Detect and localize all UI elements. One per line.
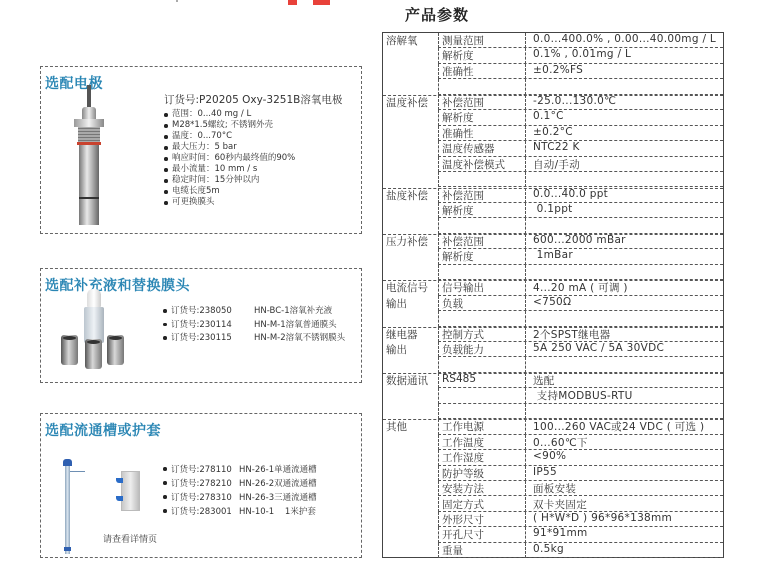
param-value: [525, 172, 533, 187]
electrode-image: [71, 85, 107, 227]
param-value: ±0.2%FS: [525, 64, 583, 79]
param-row: 温度补偿模式自动/手动: [383, 157, 723, 172]
param-key: 工作电源: [438, 419, 525, 434]
param-key: 准确性: [438, 126, 525, 141]
param-group: 温度补偿: [386, 95, 428, 110]
decor-red-mark: [288, 0, 297, 5]
param-row: [383, 357, 723, 372]
param-value: NTC22 K: [525, 141, 580, 156]
param-key: 补偿范围: [438, 188, 525, 203]
param-row: 解析度 0.1ppt: [383, 203, 723, 218]
param-key: 负载: [438, 296, 525, 311]
param-row: [383, 311, 723, 326]
param-row: 准确性±0.2%FS: [383, 64, 723, 79]
param-key: 固定方式: [438, 497, 525, 512]
param-row: 继电器控制方式2个SPST继电器: [383, 327, 723, 342]
param-key: 防护等级: [438, 466, 525, 481]
param-value: 选配: [525, 373, 555, 388]
panel-optional-electrode: 选配电极 订货号:P20205 Oxy-3251B溶氧电极 范围：0...40 …: [40, 66, 362, 234]
param-key: [438, 265, 525, 280]
electrode-spec-list: 范围：0...40 mg / L M28*1.5螺纹; 不锈钢外壳 温度：0..…: [164, 109, 295, 208]
param-key: [438, 172, 525, 187]
param-value: 100...260 VAC或24 VDC ( 可选 ): [525, 419, 704, 434]
param-row: [383, 79, 723, 94]
param-value: 2个SPST继电器: [525, 327, 610, 342]
param-row: 温度补偿补偿范围-25.0...130.0℃: [383, 95, 723, 110]
param-row: 盐度补偿补偿范围0.0...40.0 ppt: [383, 188, 723, 203]
param-value: IP55: [525, 466, 557, 481]
param-value: -25.0...130.0℃: [525, 95, 616, 110]
param-key: 解析度: [438, 48, 525, 63]
order-item: 订货号:238050HN-BC-1溶氧补充液: [163, 305, 345, 319]
param-key: [438, 404, 525, 419]
param-value: 自动/手动: [525, 157, 580, 172]
refill-order-list: 订货号:238050HN-BC-1溶氧补充液 订货号:230114HN-M-1溶…: [163, 305, 345, 346]
param-key: 控制方式: [438, 327, 525, 342]
param-value: 4...20 mA ( 可调 ): [525, 280, 628, 295]
param-row: 解析度 1mBar: [383, 249, 723, 264]
param-key: 补偿范围: [438, 95, 525, 110]
param-value: [525, 265, 533, 280]
param-key: 外形尺寸: [438, 512, 525, 527]
order-item: 订货号:278210HN-26-2双通流通槽: [163, 477, 317, 491]
top-decor-marks: [0, 0, 773, 6]
param-row: 安装方法面板安装: [383, 481, 723, 496]
param-row: 解析度0.1°C: [383, 110, 723, 125]
param-key: 工作湿度: [438, 450, 525, 465]
param-value: [525, 404, 533, 419]
param-group: 盐度补偿: [386, 188, 428, 203]
decor-dot: [176, 0, 178, 2]
param-value: ±0.2°C: [525, 126, 573, 141]
param-value: 0.1°C: [525, 110, 564, 125]
spec-item: 电缆长度5m: [164, 186, 295, 197]
param-key: [438, 218, 525, 233]
spec-item: 范围：0...40 mg / L: [164, 109, 295, 120]
param-group: 继电器: [386, 327, 418, 342]
page-title: 产品参数: [405, 4, 469, 25]
param-row: 溶解氧测量范围0.0...400.0% , 0.00...40.00mg / L: [383, 33, 723, 48]
order-item: 订货号:283001HN-10-1 1米护套: [163, 505, 317, 519]
param-key: 补偿范围: [438, 234, 525, 249]
param-group: 压力补偿: [386, 234, 428, 249]
param-value: [525, 79, 533, 94]
param-key: RS485: [438, 373, 525, 388]
param-row: 固定方式双卡夹固定: [383, 497, 723, 512]
param-key: 测量范围: [438, 33, 525, 48]
param-value: [525, 311, 533, 326]
param-value: <750Ω: [525, 296, 571, 311]
param-group: 电流信号: [386, 280, 428, 295]
param-key: [438, 311, 525, 326]
param-value: ( H*W*D ) 96*96*138mm: [525, 512, 672, 527]
param-row: 准确性±0.2°C: [383, 126, 723, 141]
param-value: 0.1ppt: [525, 203, 573, 218]
spec-item: 可更换膜头: [164, 197, 295, 208]
param-value: 双卡夹固定: [525, 497, 587, 512]
param-row: 防护等级IP55: [383, 466, 723, 481]
param-value: 91*91mm: [525, 527, 588, 542]
param-value: 0.5kg: [525, 543, 564, 558]
param-key: 解析度: [438, 110, 525, 125]
param-value: <90%: [525, 450, 566, 465]
panel-title: 选配流通槽或护套: [45, 420, 161, 440]
param-value: 600...2000 mBar: [525, 234, 626, 249]
param-row: 其他工作电源100...260 VAC或24 VDC ( 可选 ): [383, 419, 723, 434]
see-details-link[interactable]: 请查看详情页: [103, 532, 157, 545]
param-row: 温度传感器NTC22 K: [383, 141, 723, 156]
param-row: 解析度0.1% , 0.01mg / L: [383, 48, 723, 63]
param-row: 输出负载能力5A 250 VAC / 5A 30VDC: [383, 342, 723, 357]
param-key: 工作温度: [438, 435, 525, 450]
param-key: 准确性: [438, 64, 525, 79]
refill-bottle-and-caps-image: [59, 289, 129, 369]
flow-order-list: 订货号:278110HN-26-1单通流通槽 订货号:278210HN-26-2…: [163, 463, 317, 519]
spec-item: 最小流量：10 mm / s: [164, 164, 295, 175]
param-row: [383, 265, 723, 280]
param-row: 支持MODBUS-RTU: [383, 388, 723, 403]
param-row: 开孔尺寸91*91mm: [383, 527, 723, 542]
param-key: [438, 357, 525, 372]
spec-item: 最大压力：5 bar: [164, 142, 295, 153]
spec-item: M28*1.5螺纹; 不锈钢外壳: [164, 120, 295, 131]
param-row: 数据通讯RS485选配: [383, 373, 723, 388]
param-key: [438, 388, 525, 403]
electrode-order-title: 订货号:P20205 Oxy-3251B溶氧电极: [164, 92, 342, 107]
param-group: 其他: [386, 419, 407, 434]
param-value: 5A 250 VAC / 5A 30VDC: [525, 342, 664, 357]
order-item: 订货号:230114HN-M-1溶氧普通膜头: [163, 319, 345, 333]
param-value: 0.0...400.0% , 0.00...40.00mg / L: [525, 33, 716, 48]
panel-flow-cell-sheath: 选配流通槽或护套 订货号:278110HN-26-1单通流通槽 订货号:2782…: [40, 413, 362, 558]
param-group: 溶解氧: [386, 33, 418, 48]
spec-item: 稳定时间：15分钟以内: [164, 175, 295, 186]
param-key: [438, 79, 525, 94]
param-value: [525, 218, 533, 233]
param-value: 0...60℃下: [525, 435, 588, 450]
param-row: 压力补偿补偿范围600...2000 mBar: [383, 234, 723, 249]
param-row: 工作温度0...60℃下: [383, 435, 723, 450]
param-key: 安装方法: [438, 481, 525, 496]
order-item: 订货号:278310HN-26-3三通流通槽: [163, 491, 317, 505]
param-key: 负载能力: [438, 342, 525, 357]
spec-item: 温度：0...70°C: [164, 131, 295, 142]
param-key: 温度补偿模式: [438, 157, 525, 172]
order-item: 订货号:278110HN-26-1单通流通槽: [163, 463, 317, 477]
param-key: 温度传感器: [438, 141, 525, 156]
param-row: [383, 404, 723, 419]
param-value: 支持MODBUS-RTU: [525, 388, 633, 403]
param-row: 电流信号信号输出4...20 mA ( 可调 ): [383, 280, 723, 295]
param-row: 输出负载<750Ω: [383, 296, 723, 311]
param-key: 信号输出: [438, 280, 525, 295]
spec-item: 响应时间：60秒内最终值的90%: [164, 153, 295, 164]
param-key: 开孔尺寸: [438, 527, 525, 542]
param-row: 外形尺寸( H*W*D ) 96*96*138mm: [383, 512, 723, 527]
param-row: 工作湿度<90%: [383, 450, 723, 465]
panel-refill-membrane: 选配补充液和替换膜头 订货号:238050HN-BC-1溶氧补充液 订货号:23…: [40, 268, 362, 383]
order-item: 订货号:230115HN-M-2溶氧不锈钢膜头: [163, 332, 345, 346]
param-row: 重量0.5kg: [383, 543, 723, 558]
param-group: 输出: [386, 342, 407, 357]
param-key: 重量: [438, 543, 525, 558]
param-key: 解析度: [438, 203, 525, 218]
flow-cell-image: [121, 471, 140, 511]
param-value: 面板安装: [525, 481, 576, 496]
param-key: 解析度: [438, 249, 525, 264]
parameter-table: 溶解氧测量范围0.0...400.0% , 0.00...40.00mg / L…: [382, 32, 724, 558]
param-row: [383, 218, 723, 233]
param-row: [383, 172, 723, 187]
param-group: 输出: [386, 296, 407, 311]
param-value: 0.0...40.0 ppt: [525, 188, 608, 203]
param-value: 1mBar: [525, 249, 573, 264]
param-group: 数据通讯: [386, 373, 428, 388]
param-value: 0.1% , 0.01mg / L: [525, 48, 631, 63]
decor-red-mark: [313, 0, 330, 5]
param-value: [525, 357, 533, 372]
